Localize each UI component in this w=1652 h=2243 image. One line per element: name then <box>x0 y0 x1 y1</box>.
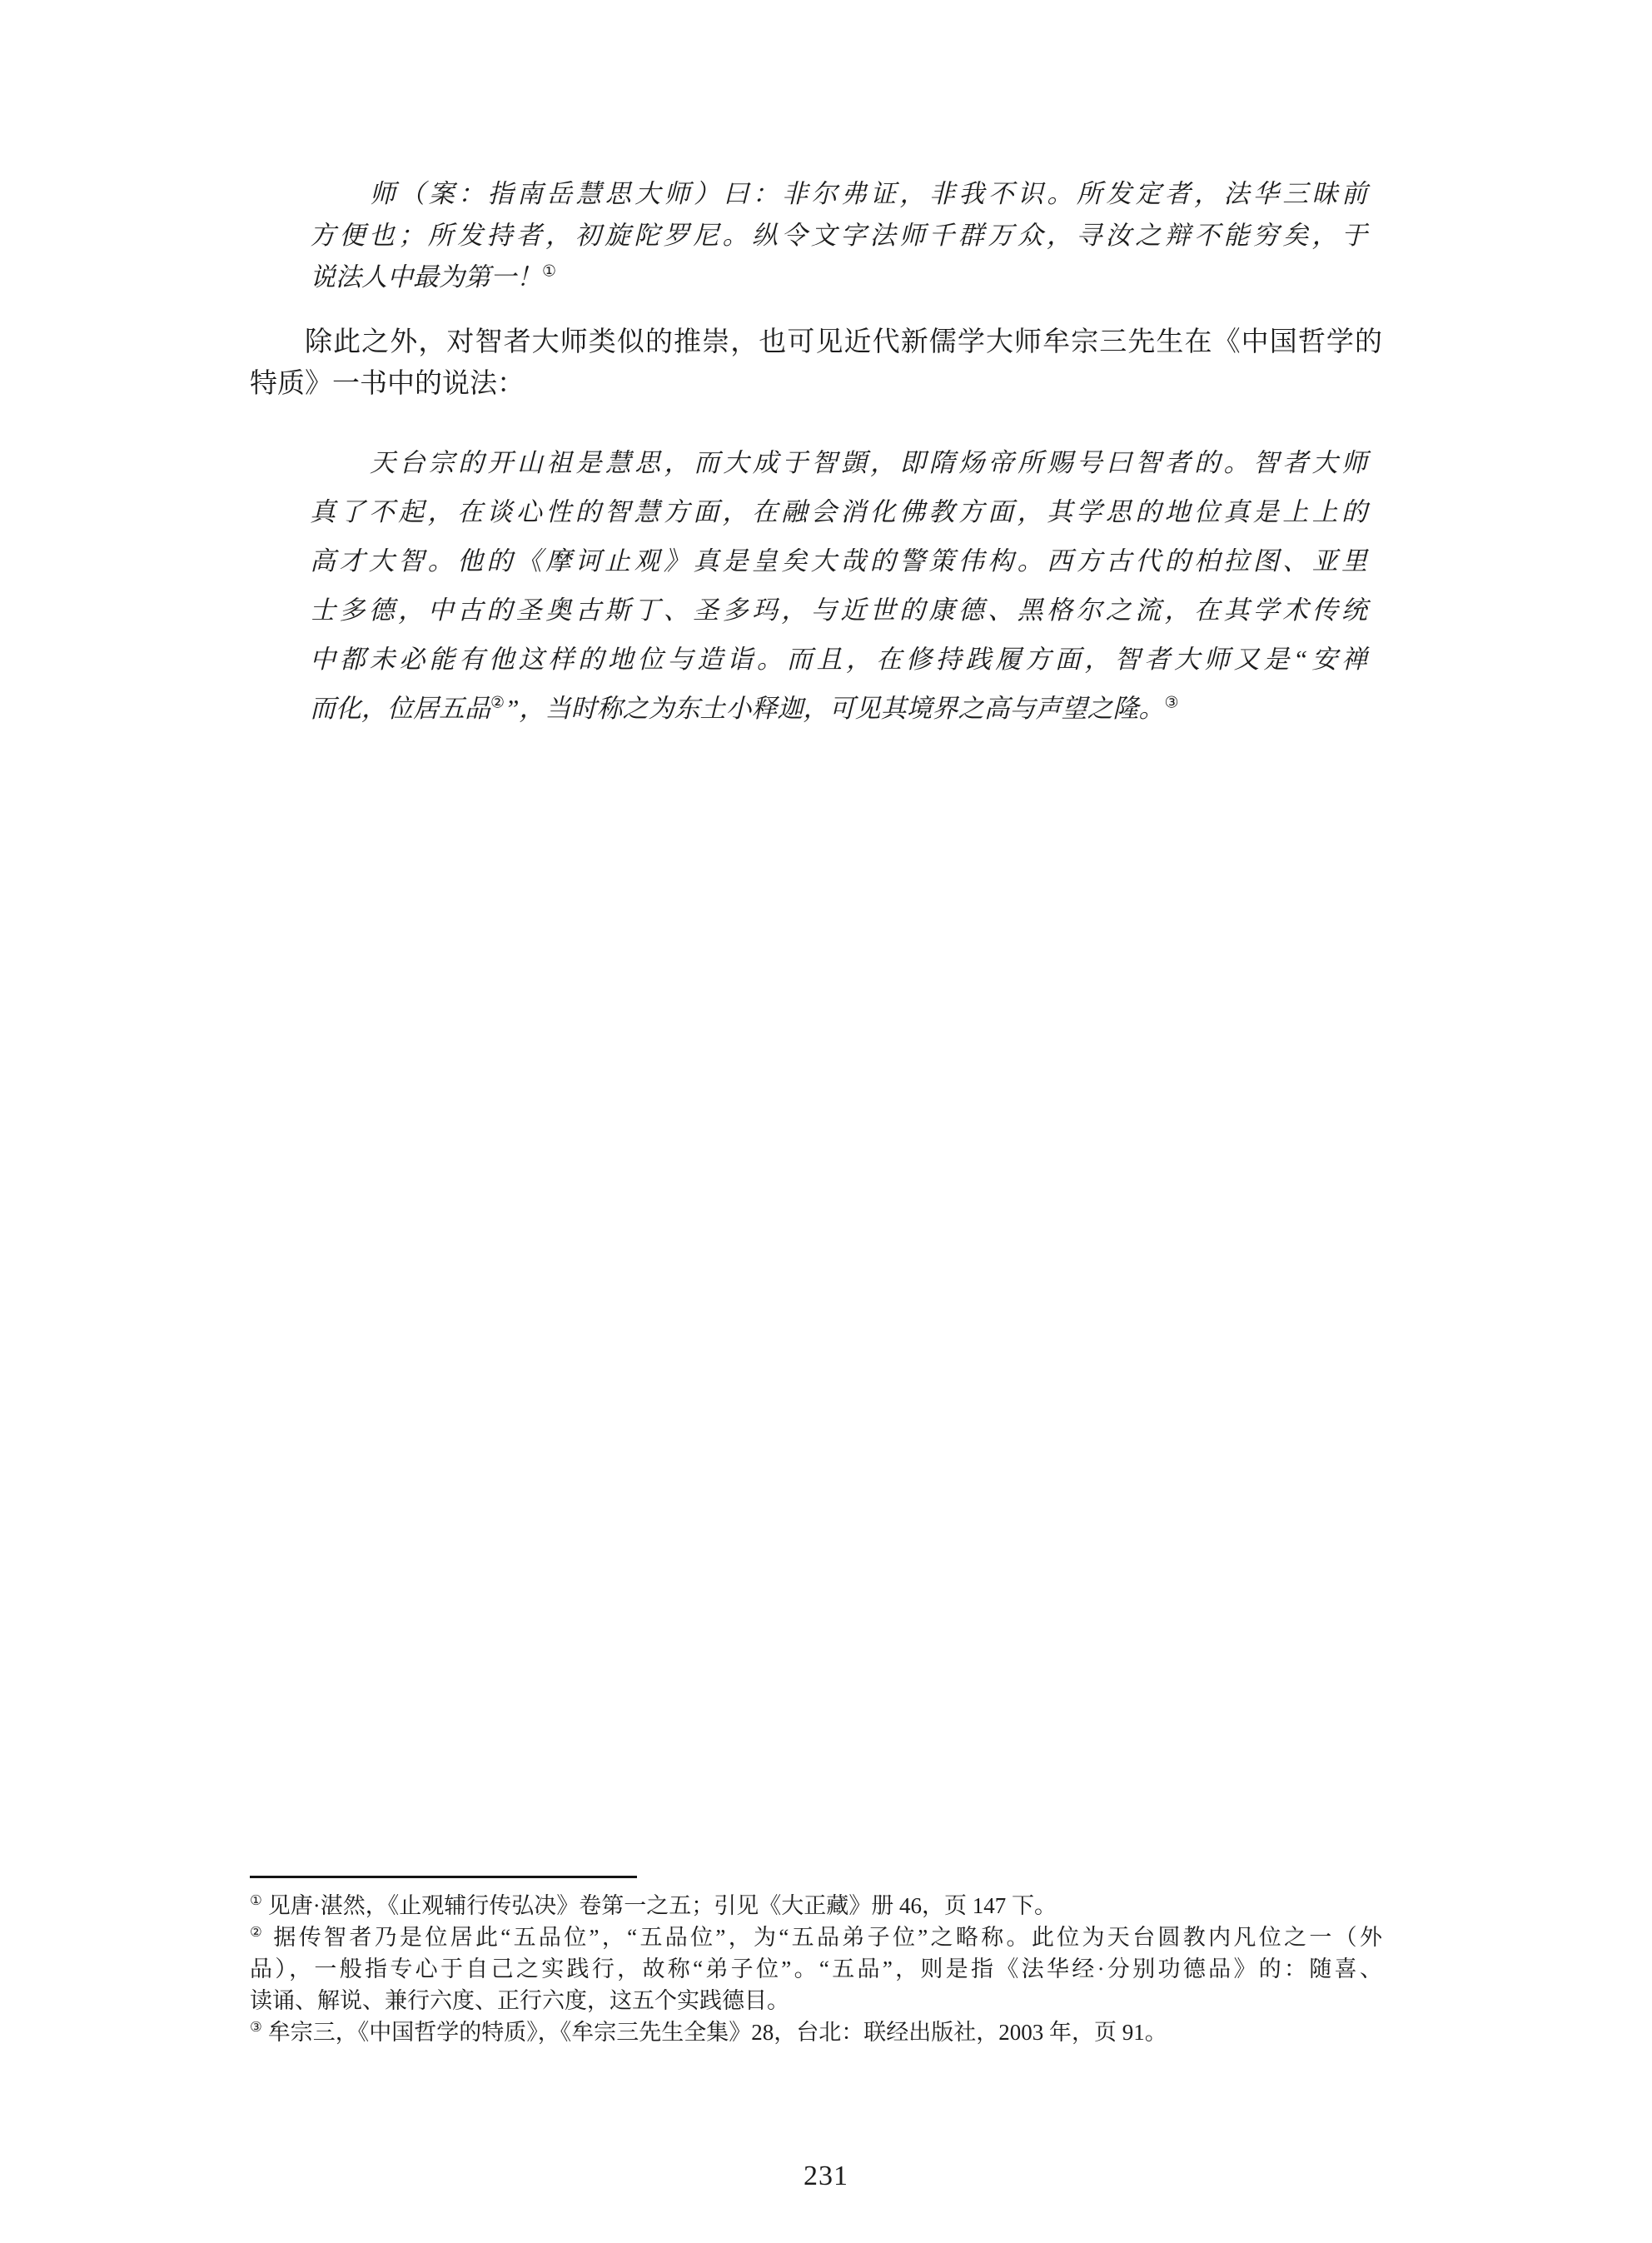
text-line: 中都未必能有他这样的地位与造诣。而且，在修持践履方面，智者大师又是“安禅 <box>310 635 1367 684</box>
text-segment: 说法人中最为第一！ <box>310 262 542 292</box>
text-line: 说法人中最为第一！① <box>310 257 1367 298</box>
page-number: 231 <box>0 2161 1652 2192</box>
text-segment: ”，当时称之为东土小释迦，可见其境界之高与声望之隆。 <box>505 694 1164 723</box>
note-marker-sup: ③ <box>250 2019 262 2035</box>
footnote-line: ② 据传智者乃是位居此“五品位”，“五品位”，为“五品弟子位”之略称。此位为天台… <box>250 1922 1382 1953</box>
text-line: 师（案：指南岳慧思大师）曰：非尔弗证，非我不识。所发定者，法华三昧前 <box>310 173 1367 215</box>
text-line: 而化，位居五品②”，当时称之为东土小释迦，可见其境界之高与声望之隆。③ <box>310 684 1367 733</box>
text-line: 方便也；所发持者，初旋陀罗尼。纵令文字法师千群万众，寻汝之辩不能穷矣，于 <box>310 215 1367 257</box>
text-line: 特质》一书中的说法： <box>250 363 1382 405</box>
text-line: 高才大智。他的《摩诃止观》真是皇矣大哉的警策伟构。西方古代的柏拉图、亚里 <box>310 536 1367 586</box>
note-marker-sup: ① <box>542 263 556 281</box>
text-segment: 据传智者乃是位居此“五品位”，“五品位”，为“五品弟子位”之略称。此位为天台圆教… <box>265 1925 1382 1950</box>
note-marker-sup: ③ <box>1164 695 1178 712</box>
text-segment: 而化，位居五品 <box>310 694 490 723</box>
body-paragraph: 除此之外，对智者大师类似的推崇，也可见近代新儒学大师牟宗三先生在《中国哲学的 特… <box>250 321 1382 405</box>
text-line: 真了不起，在谈心性的智慧方面，在融会消化佛教方面，其学思的地位真是上上的 <box>310 487 1367 536</box>
text-line: 士多德，中古的圣奥古斯丁、圣多玛，与近世的康德、黑格尔之流，在其学术传统 <box>310 586 1367 635</box>
footnote-line: ③ 牟宗三，《中国哲学的特质》，《牟宗三先生全集》28，台北：联经出版社，200… <box>250 2016 1382 2048</box>
footnote-divider <box>250 1876 637 1878</box>
note-marker-sup: ② <box>490 695 505 712</box>
text-segment: 牟宗三，《中国哲学的特质》，《牟宗三先生全集》28，台北：联经出版社，2003 … <box>262 2020 1167 2045</box>
note-marker-sup: ① <box>250 1892 262 1908</box>
note-marker-sup: ② <box>250 1924 265 1940</box>
document-page: 师（案：指南岳慧思大师）曰：非尔弗证，非我不识。所发定者，法华三昧前 方便也；所… <box>0 0 1652 2243</box>
footnotes-section: ① 见唐·湛然，《止观辅行传弘决》卷第一之五；引见《大正藏》册 46，页 147… <box>250 1876 1382 2048</box>
block-quote-mouzongsan: 天台宗的开山祖是慧思，而大成于智顗，即隋炀帝所赐号曰智者的。智者大师 真了不起，… <box>310 438 1367 733</box>
block-quote-huisi: 师（案：指南岳慧思大师）曰：非尔弗证，非我不识。所发定者，法华三昧前 方便也；所… <box>310 173 1367 298</box>
footnote-line: ① 见唐·湛然，《止观辅行传弘决》卷第一之五；引见《大正藏》册 46，页 147… <box>250 1890 1382 1922</box>
text-segment: 见唐·湛然，《止观辅行传弘决》卷第一之五；引见《大正藏》册 46，页 147 下… <box>262 1893 1057 1918</box>
text-line: 除此之外，对智者大师类似的推崇，也可见近代新儒学大师牟宗三先生在《中国哲学的 <box>250 321 1382 363</box>
footnote-line: 品），一般指专心于自己之实践行，故称“弟子位”。“五品”，则是指《法华经·分别功… <box>250 1953 1382 1985</box>
text-line: 天台宗的开山祖是慧思，而大成于智顗，即隋炀帝所赐号曰智者的。智者大师 <box>310 438 1367 487</box>
footnote-line: 读诵、解说、兼行六度、正行六度，这五个实践德目。 <box>250 1985 1382 2016</box>
